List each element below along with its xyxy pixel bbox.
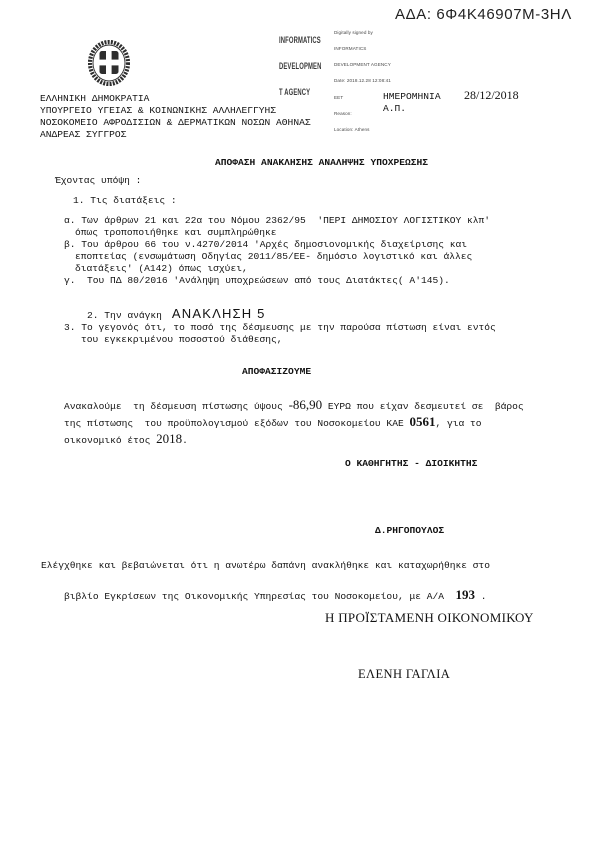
signature-detail-line: INFORMATICS xyxy=(334,46,391,51)
commander-name: Δ.ΡΗΓΟΠΟΥΛΟΣ xyxy=(375,525,444,537)
provision-b-line: β. Του άρθρου 66 του ν.4270/2014 'Αρχές … xyxy=(64,239,467,251)
provision-c-line: γ. Του ΠΔ 80/2016 'Ανάληψη υποχρεώσεων α… xyxy=(64,275,450,287)
fiscal-year-value: 2018 xyxy=(156,431,182,446)
agency-line: T AGENCY xyxy=(279,89,321,98)
digital-signature-agency: INFORMATICS DEVELOPMEN T AGENCY xyxy=(279,20,321,115)
org-name-line: ΥΠΟΥΡΓΕΙΟ ΥΓΕΙΑΣ & ΚΟΙΝΩΝΙΚΗΣ ΑΛΛΗΛΕΓΓΥΗ… xyxy=(40,105,276,117)
finance-officer-name: ΕΛΕΝΗ ΓΑΓΛΙΑ xyxy=(358,667,450,682)
agency-line: DEVELOPMEN xyxy=(279,63,321,72)
signature-detail-line: Digitally signed by xyxy=(334,30,391,35)
decision-paragraph-line: οικονομικό έτος 2018. xyxy=(41,413,188,466)
commander-title: Ο ΚΑΘΗΓΗΤΗΣ - ΔΙΟΙΚΗΤΗΣ xyxy=(345,458,477,470)
date-label: ΗΜΕΡΟΜΗΝΙΑ xyxy=(383,91,441,103)
kae-code-value: 0561 xyxy=(409,414,435,429)
decision-text: . xyxy=(182,435,188,446)
provision-b-line: διατάξεις' (Α142) όπως ισχύει, xyxy=(75,263,248,275)
greek-coat-of-arms-icon xyxy=(88,40,130,86)
org-name-line: ΑΝΔΡΕΑΣ ΣΥΓΓΡΟΣ xyxy=(40,129,126,141)
document-title: ΑΠΟΦΑΣΗ ΑΝΑΚΛΗΣΗΣ ΑΝΑΛΗΨΗΣ ΥΠΟΧΡΕΩΣΗΣ xyxy=(215,157,428,169)
document-page: ΑΔΑ: 6Φ4Κ46907Μ-3ΗΛ INFORMATICS DEVELOPM… xyxy=(0,0,595,842)
decision-heading: ΑΠΟΦΑΣΙΖΟΥΜΕ xyxy=(242,366,311,378)
provision-b-line: εποπτείας (ενσωμάτωση Οδηγίας 2011/85/ΕΕ… xyxy=(75,251,472,263)
digital-signature-details: Digitally signed by INFORMATICS DEVELOPM… xyxy=(334,19,391,143)
item-2-text: 2. Την ανάγκη xyxy=(87,310,162,321)
preamble-intro: Έχοντας υπόψη : xyxy=(55,175,141,187)
verification-text: . xyxy=(475,591,487,602)
org-name-line: ΝΟΣΟΚΟΜΕΙΟ ΑΦΡΟΔΙΣΙΩΝ & ΔΕΡΜΑΤΙΚΩΝ ΝΟΣΩΝ… xyxy=(40,117,311,129)
ada-code: ΑΔΑ: 6Φ4Κ46907Μ-3ΗΛ xyxy=(395,6,572,23)
org-name-line: ΕΛΛΗΝΙΚΗ ΔΗΜΟΚΡΑΤΙΑ xyxy=(40,93,149,105)
verification-text: βιβλίο Εγκρίσεων της Οικονομικής Υπηρεσί… xyxy=(64,591,456,602)
signature-detail-line: DEVELOPMENT AGENCY xyxy=(334,62,391,67)
decision-text: οικονομικό έτος xyxy=(64,435,156,446)
signature-detail-line: Location: Athens xyxy=(334,127,391,132)
finance-officer-title: Η ΠΡΟΪΣΤΑΜΕΝΗ ΟΙΚΟΝΟΜΙΚΟΥ xyxy=(325,610,534,626)
protocol-number-label: Α.Π. xyxy=(383,103,406,115)
recall-reference-value: ΑΝΑΚΛΗΣΗ 5 xyxy=(172,306,266,321)
preamble-item-3-line: 3. Το γεγονός ότι, το ποσό της δέσμευσης… xyxy=(64,322,496,334)
preamble-item-3-line: του εγκεκριμένου ποσοστού διάθεσης, xyxy=(81,334,283,346)
verification-line: Ελέγχθηκε και βεβαιώνεται ότι η ανωτέρω … xyxy=(41,560,490,572)
provision-a-line: α. Των άρθρων 21 και 22α του Νόμου 2362/… xyxy=(64,215,490,227)
date-value: 28/12/2018 xyxy=(464,88,519,103)
agency-line: INFORMATICS xyxy=(279,37,321,46)
signature-detail-line: Date: 2018.12.28 12:08:41 xyxy=(334,78,391,83)
preamble-item-1: 1. Τις διατάξεις : xyxy=(73,195,177,207)
decision-text: , για το xyxy=(435,418,481,429)
register-serial-value: 193 xyxy=(456,587,476,602)
provision-a-line: όπως τροποποιήθηκε και συμπληρώθηκε xyxy=(75,227,277,239)
